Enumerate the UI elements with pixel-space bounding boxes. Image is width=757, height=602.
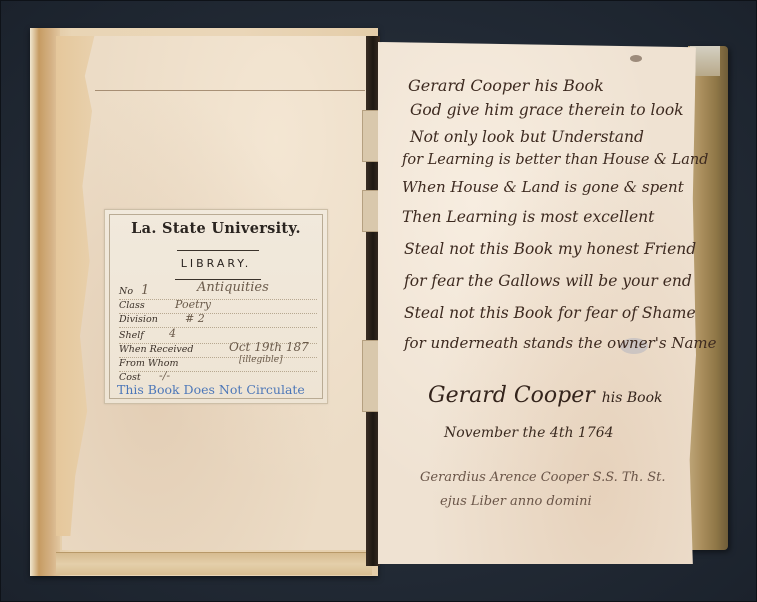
label-field-no: No 1 Antiquities: [119, 286, 317, 300]
label-subtitle: LIBRARY.: [105, 257, 327, 270]
library-bookplate-label: La. State University. LIBRARY. No 1 Anti…: [104, 209, 328, 404]
cover-bottom-edge: [56, 552, 372, 575]
flyleaf-line: Steal not this Book for fear of Shame: [404, 304, 696, 322]
flyleaf-line: When House & Land is gone & spent: [402, 178, 684, 196]
label-title: La. State University.: [105, 220, 327, 237]
signature-suffix: his Book: [602, 390, 663, 406]
flyleaf-line: Steal not this Book my honest Friend: [404, 240, 696, 258]
flyleaf-line: for underneath stands the owner's Name: [404, 334, 717, 352]
non-circulating-stamp: This Book Does Not Circulate: [117, 382, 305, 397]
handwritten-flyleaf: [378, 42, 696, 564]
handwritten-note: Antiquities: [197, 280, 269, 295]
signature-date: November the 4th 1764: [444, 425, 614, 441]
label-field-class: Class Poetry: [119, 300, 317, 314]
latin-inscription-line: ejus Liber anno domini: [440, 494, 592, 509]
cover-turn-in: [30, 28, 60, 576]
signature-name: Gerard Cooper: [428, 383, 595, 408]
label-field-received: When Received Oct 19th 187: [119, 344, 317, 358]
flyleaf-line: for fear the Gallows will be your end: [404, 272, 692, 290]
flyleaf-line: God give him grace therein to look: [410, 101, 684, 119]
latin-inscription-line: Gerardius Arence Cooper S.S. Th. St.: [420, 470, 666, 485]
flyleaf-line: Not only look but Understand: [410, 128, 644, 146]
flyleaf-line: for Learning is better than House & Land: [402, 152, 708, 168]
flyleaf-line: Then Learning is most excellent: [402, 208, 654, 226]
label-divider: [177, 250, 259, 251]
ink-blot: [630, 55, 642, 62]
binding-tab: [362, 110, 380, 162]
binding-tab: [362, 190, 380, 232]
binding-tab: [362, 340, 380, 412]
label-field-division: Division # 2: [119, 314, 317, 328]
owner-signature: Gerard Cooper his Book: [428, 383, 663, 408]
label-field-from-whom: From Whom [illegible]: [119, 358, 317, 372]
paper-crack: [95, 90, 365, 91]
flyleaf-line: Gerard Cooper his Book: [408, 76, 604, 95]
